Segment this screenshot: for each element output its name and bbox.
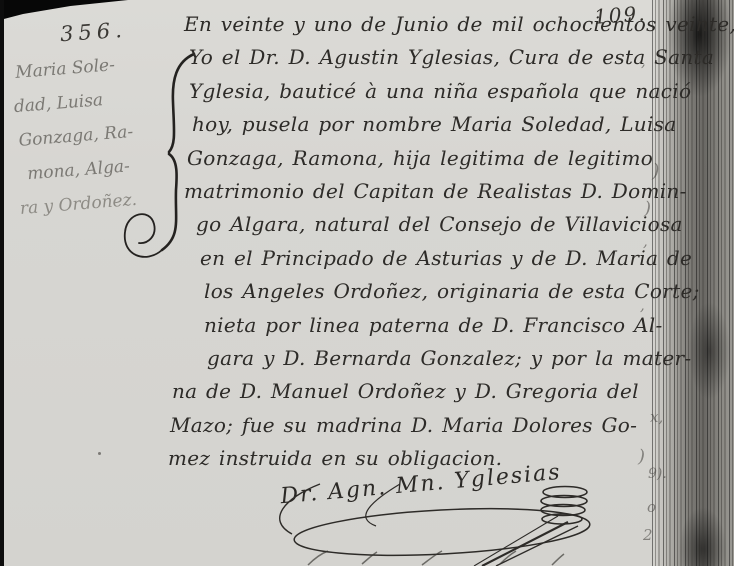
bleed-mark: 2 (643, 526, 653, 544)
bleed-mark: 9). (648, 466, 667, 482)
scan-corner-shadow (0, 0, 128, 20)
body-line: na de D. Manuel Ordoñez y D. Gregoria de… (172, 375, 690, 408)
body-line: gara y D. Bernarda Gonzalez; y por la ma… (207, 342, 690, 375)
bleed-mark: ) (644, 198, 651, 219)
body-line: Yglesia, bauticé à una niña española que… (189, 75, 690, 108)
bleed-mark: , (643, 232, 648, 250)
bleed-mark: ) (652, 160, 659, 182)
body-line: Gonzaga, Ramona, hija legitima de legiti… (187, 142, 690, 175)
bleed-mark: , (641, 52, 646, 70)
manuscript-page: 109. 356. Maria Sole- dad, Luisa Gonzaga… (0, 0, 734, 566)
record-number: 356. (59, 18, 127, 47)
page-left-edge (0, 0, 4, 566)
body-line: matrimonio del Capitan de Realistas D. D… (184, 175, 690, 208)
body-line: Yo el Dr. D. Agustin Yglesias, Cura de e… (189, 41, 690, 74)
bleed-mark: ) (638, 446, 645, 467)
bleed-mark: x, (650, 408, 663, 426)
body-line: Mazo; fue su madrina D. Maria Dolores Go… (170, 409, 690, 442)
bleed-mark: o (647, 498, 656, 516)
body-line: hoy, pusela por nombre Maria Soledad, Lu… (192, 108, 690, 141)
bleed-mark: ' (648, 356, 652, 374)
cutoff-next-line-strokes (300, 549, 600, 566)
body-line: go Algara, natural del Consejo de Villav… (196, 208, 690, 241)
record-body-text: En veinte y uno de Junio de mil ochocien… (170, 8, 690, 476)
bleed-mark: , (640, 296, 645, 314)
body-line: En veinte y uno de Junio de mil ochocien… (184, 8, 690, 41)
ink-speck (98, 452, 101, 455)
body-line: nieta por linea paterna de D. Francisco … (204, 309, 690, 342)
body-line: los Angeles Ordoñez, originaria de esta … (204, 275, 690, 308)
body-line: en el Principado de Asturias y de D. Mar… (200, 242, 690, 275)
